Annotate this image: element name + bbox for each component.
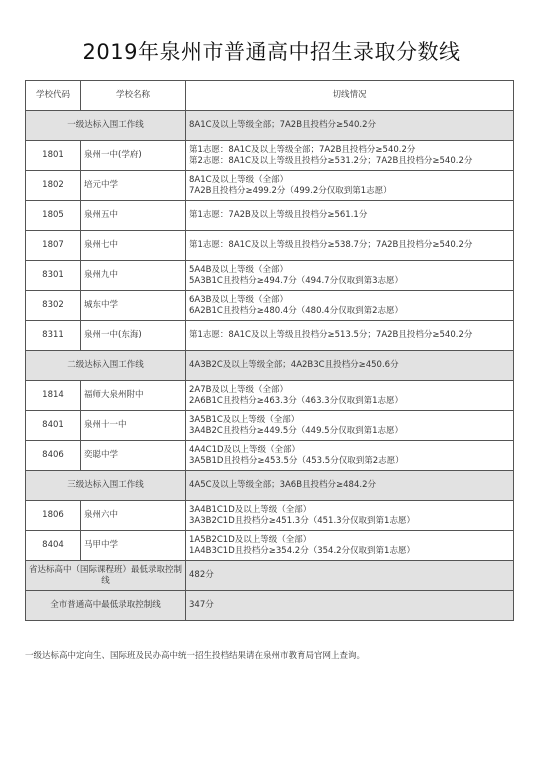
- cutoff-line: 8A1C及以上等级（全部）: [189, 175, 510, 186]
- score-table: 学校代码 学校名称 切线情况 一级达标入围工作线8A1C及以上等级全部；7A2B…: [25, 80, 514, 621]
- table-row: 8301泉州九中5A4B及以上等级（全部）5A3B1C且投档分≥494.7分（4…: [26, 261, 514, 291]
- tier-row: 三级达标入围工作线4A5C及以上等级全部；3A6B且投档分≥484.2分: [26, 471, 514, 501]
- school-cutoff: 第1志愿：8A1C及以上等级且投档分≥513.5分；7A2B且投档分≥540.2…: [186, 321, 514, 351]
- cutoff-line: 6A2B1C且投档分≥480.4分（480.4分仅取到第2志愿）: [189, 306, 510, 317]
- school-name: 城东中学: [81, 291, 186, 321]
- tier-label: 三级达标入围工作线: [26, 471, 186, 501]
- school-name: 泉州五中: [81, 201, 186, 231]
- cutoff-line: 4A4C1D及以上等级（全部）: [189, 445, 510, 456]
- cutoff-line: 第2志愿：8A1C及以上等级且投档分≥531.2分；7A2B且投档分≥540.2…: [189, 156, 510, 167]
- table-row: 1805泉州五中第1志愿：7A2B及以上等级且投档分≥561.1分: [26, 201, 514, 231]
- cutoff-line: 7A2B且投档分≥499.2分（499.2分仅取到第1志愿）: [189, 186, 510, 197]
- tier-row: 一级达标入围工作线8A1C及以上等级全部；7A2B且投档分≥540.2分: [26, 111, 514, 141]
- table-row: 1801泉州一中(学府)第1志愿：8A1C及以上等级全部；7A2B且投档分≥54…: [26, 141, 514, 171]
- school-code: 8311: [26, 321, 81, 351]
- school-code: 8404: [26, 531, 81, 561]
- school-cutoff: 8A1C及以上等级（全部）7A2B且投档分≥499.2分（499.2分仅取到第1…: [186, 171, 514, 201]
- tier-cutoff: 4A5C及以上等级全部；3A6B且投档分≥484.2分: [186, 471, 514, 501]
- cutoff-line: 2A7B及以上等级（全部）: [189, 385, 510, 396]
- school-code: 1801: [26, 141, 81, 171]
- page-title: 2019年泉州市普通高中招生录取分数线: [0, 36, 543, 66]
- table-row: 8404马甲中学1A5B2C1D及以上等级（全部）1A4B3C1D且投档分≥35…: [26, 531, 514, 561]
- cutoff-line: 5A4B及以上等级（全部）: [189, 265, 510, 276]
- tier-cutoff: 8A1C及以上等级全部；7A2B且投档分≥540.2分: [186, 111, 514, 141]
- header-school-name: 学校名称: [81, 81, 186, 111]
- header-cutoff: 切线情况: [186, 81, 514, 111]
- header-school-code: 学校代码: [26, 81, 81, 111]
- school-name: 马甲中学: [81, 531, 186, 561]
- school-cutoff: 第1志愿：8A1C及以上等级全部；7A2B且投档分≥540.2分第2志愿：8A1…: [186, 141, 514, 171]
- cutoff-line: 3A5B1C及以上等级（全部）: [189, 415, 510, 426]
- school-code: 1802: [26, 171, 81, 201]
- school-code: 8401: [26, 411, 81, 441]
- cutoff-line: 2A6B1C且投档分≥463.3分（463.3分仅取到第1志愿）: [189, 396, 510, 407]
- control-line-label: 省达标高中（国际课程班）最低录取控制线: [26, 561, 186, 591]
- cutoff-line: 4A5C及以上等级全部；3A6B且投档分≥484.2分: [189, 480, 510, 491]
- school-name: 泉州六中: [81, 501, 186, 531]
- school-cutoff: 4A4C1D及以上等级（全部）3A5B1D且投档分≥453.5分（453.5分仅…: [186, 441, 514, 471]
- cutoff-line: 第1志愿：7A2B及以上等级且投档分≥561.1分: [189, 210, 510, 221]
- school-code: 8301: [26, 261, 81, 291]
- cutoff-line: 1A4B3C1D且投档分≥354.2分（354.2分仅取到第1志愿）: [189, 546, 510, 557]
- school-name: 泉州十一中: [81, 411, 186, 441]
- cutoff-line: 3A3B2C1D且投档分≥451.3分（451.3分仅取到第1志愿）: [189, 516, 510, 527]
- table-header-row: 学校代码 学校名称 切线情况: [26, 81, 514, 111]
- school-cutoff: 3A5B1C及以上等级（全部）3A4B2C且投档分≥449.5分（449.5分仅…: [186, 411, 514, 441]
- school-code: 8406: [26, 441, 81, 471]
- cutoff-line: 3A4B1C1D及以上等级（全部）: [189, 505, 510, 516]
- cutoff-line: 1A5B2C1D及以上等级（全部）: [189, 535, 510, 546]
- cutoff-line: 第1志愿：8A1C及以上等级全部；7A2B且投档分≥540.2分: [189, 145, 510, 156]
- table-row: 8406奕聪中学4A4C1D及以上等级（全部）3A5B1D且投档分≥453.5分…: [26, 441, 514, 471]
- school-cutoff: 3A4B1C1D及以上等级（全部）3A3B2C1D且投档分≥451.3分（451…: [186, 501, 514, 531]
- school-name: 泉州七中: [81, 231, 186, 261]
- school-cutoff: 2A7B及以上等级（全部）2A6B1C且投档分≥463.3分（463.3分仅取到…: [186, 381, 514, 411]
- school-name: 泉州一中(东海): [81, 321, 186, 351]
- control-line-value: 482分: [186, 561, 514, 591]
- cutoff-line: 第1志愿：8A1C及以上等级且投档分≥538.7分；7A2B且投档分≥540.2…: [189, 240, 510, 251]
- table-row: 8401泉州十一中3A5B1C及以上等级（全部）3A4B2C且投档分≥449.5…: [26, 411, 514, 441]
- cutoff-line: 4A3B2C及以上等级全部；4A2B3C且投档分≥450.6分: [189, 360, 510, 371]
- school-code: 8302: [26, 291, 81, 321]
- school-code: 1806: [26, 501, 81, 531]
- school-cutoff: 1A5B2C1D及以上等级（全部）1A4B3C1D且投档分≥354.2分（354…: [186, 531, 514, 561]
- table-row: 1807泉州七中第1志愿：8A1C及以上等级且投档分≥538.7分；7A2B且投…: [26, 231, 514, 261]
- table-row: 1806泉州六中3A4B1C1D及以上等级（全部）3A3B2C1D且投档分≥45…: [26, 501, 514, 531]
- school-code: 1814: [26, 381, 81, 411]
- footnote: 一级达标高中定向生、国际班及民办高中统一招生投档结果请在泉州市教育局官网上查询。: [25, 649, 365, 661]
- cutoff-line: 3A4B2C且投档分≥449.5分（449.5分仅取到第1志愿）: [189, 426, 510, 437]
- school-name: 福师大泉州附中: [81, 381, 186, 411]
- school-code: 1807: [26, 231, 81, 261]
- control-line-label: 全市普通高中最低录取控制线: [26, 591, 186, 621]
- school-cutoff: 第1志愿：7A2B及以上等级且投档分≥561.1分: [186, 201, 514, 231]
- tier-label: 二级达标入围工作线: [26, 351, 186, 381]
- cutoff-line: 3A5B1D且投档分≥453.5分（453.5分仅取到第2志愿）: [189, 456, 510, 467]
- table-row: 1802培元中学8A1C及以上等级（全部）7A2B且投档分≥499.2分（499…: [26, 171, 514, 201]
- table-row: 1814福师大泉州附中2A7B及以上等级（全部）2A6B1C且投档分≥463.3…: [26, 381, 514, 411]
- school-cutoff: 6A3B及以上等级（全部）6A2B1C且投档分≥480.4分（480.4分仅取到…: [186, 291, 514, 321]
- cutoff-line: 8A1C及以上等级全部；7A2B且投档分≥540.2分: [189, 120, 510, 131]
- control-line-row: 省达标高中（国际课程班）最低录取控制线482分: [26, 561, 514, 591]
- tier-label: 一级达标入围工作线: [26, 111, 186, 141]
- school-name: 奕聪中学: [81, 441, 186, 471]
- school-cutoff: 第1志愿：8A1C及以上等级且投档分≥538.7分；7A2B且投档分≥540.2…: [186, 231, 514, 261]
- control-line-value: 347分: [186, 591, 514, 621]
- tier-cutoff: 4A3B2C及以上等级全部；4A2B3C且投档分≥450.6分: [186, 351, 514, 381]
- tier-row: 二级达标入围工作线4A3B2C及以上等级全部；4A2B3C且投档分≥450.6分: [26, 351, 514, 381]
- table-row: 8302城东中学6A3B及以上等级（全部）6A2B1C且投档分≥480.4分（4…: [26, 291, 514, 321]
- school-name: 培元中学: [81, 171, 186, 201]
- school-cutoff: 5A4B及以上等级（全部）5A3B1C且投档分≥494.7分（494.7分仅取到…: [186, 261, 514, 291]
- school-name: 泉州一中(学府): [81, 141, 186, 171]
- cutoff-line: 6A3B及以上等级（全部）: [189, 295, 510, 306]
- cutoff-line: 5A3B1C且投档分≥494.7分（494.7分仅取到第3志愿）: [189, 276, 510, 287]
- cutoff-line: 第1志愿：8A1C及以上等级且投档分≥513.5分；7A2B且投档分≥540.2…: [189, 330, 510, 341]
- control-line-row: 全市普通高中最低录取控制线347分: [26, 591, 514, 621]
- school-code: 1805: [26, 201, 81, 231]
- school-name: 泉州九中: [81, 261, 186, 291]
- table-row: 8311泉州一中(东海)第1志愿：8A1C及以上等级且投档分≥513.5分；7A…: [26, 321, 514, 351]
